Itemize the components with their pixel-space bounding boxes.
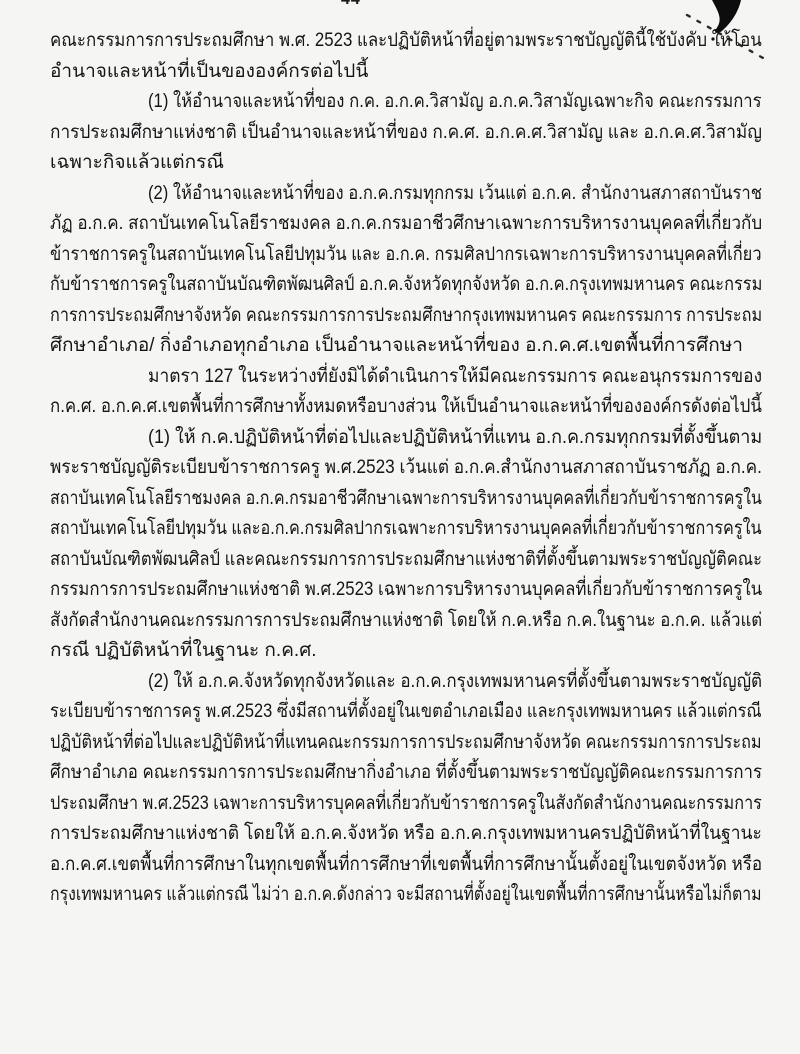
text-line: อำนาจและหน้าที่เป็นขององค์กรต่อไปนี้ [50, 57, 762, 88]
text-line-content: ปฏิบัติหน้าที่ต่อไปและปฏิบัติหน้าที่แทนค… [50, 728, 762, 759]
text-line: ระเบียบข้าราชการครู พ.ศ.2523 ซึ่งมีสถานท… [50, 697, 762, 728]
text-line-content: พระราชบัญญัติระเบียบข้าราชการครู พ.ศ.252… [50, 453, 762, 484]
text-line-content: การการประถมศึกษาจังหวัด คณะกรรมการการประ… [50, 301, 762, 332]
text-line-content: กรรมการการประถมศึกษาแห่งชาติ พ.ศ.2523 เฉ… [50, 575, 762, 606]
text-line-content: ศึกษาอำเภอ คณะกรรมการการประถมศึกษากิ่งอำ… [50, 758, 762, 789]
text-line: (2) ให้ อ.ก.ค.จังหวัดทุกจังหวัดและ อ.ก.ค… [50, 667, 762, 698]
text-line: มาตรา 127 ในระหว่างที่ยังมิได้ดำเนินการใ… [50, 362, 762, 393]
text-line-content: (2) ให้อำนาจและหน้าที่ของ อ.ก.ค.กรมทุกกร… [148, 179, 762, 210]
text-line: การการประถมศึกษาจังหวัด คณะกรรมการการประ… [50, 301, 762, 332]
text-line: พระราชบัญญัติระเบียบข้าราชการครู พ.ศ.252… [50, 453, 762, 484]
text-line-content: สังกัดสำนักงานคณะกรรมการการประถมศึกษาแห่… [50, 606, 762, 637]
text-line-content: สถาบันเทคโนโลยีปทุมวัน และอ.ก.ค.กรมศิลปา… [50, 514, 762, 545]
text-line-content: คณะกรรมการการประถมศึกษา พ.ศ. 2523 และปฏิ… [50, 26, 762, 57]
text-line-content: ระเบียบข้าราชการครู พ.ศ.2523 ซึ่งมีสถานท… [50, 697, 762, 728]
text-line-content: เฉพาะกิจแล้วแต่กรณี [50, 148, 224, 179]
text-line-content: อำนาจและหน้าที่เป็นขององค์กรต่อไปนี้ [50, 57, 368, 88]
text-line: ก.ค.ศ. อ.ก.ค.ศ.เขตพื้นที่การศึกษาทั้งหมด… [50, 392, 762, 423]
text-line: (2) ให้อำนาจและหน้าที่ของ อ.ก.ค.กรมทุกกร… [50, 179, 762, 210]
text-line: สถาบันเทคโนโลยีปทุมวัน และอ.ก.ค.กรมศิลปา… [50, 514, 762, 545]
text-line-content: สถาบันเทคโนโลยีราชมงคล อ.ก.ค.กรมอาชีวศึก… [50, 484, 762, 515]
text-line: ประถมศึกษา พ.ศ.2523 เฉพาะการบริหารบุคคลท… [50, 789, 762, 820]
document-body: คณะกรรมการการประถมศึกษา พ.ศ. 2523 และปฏิ… [50, 26, 762, 911]
text-line-content: มาตรา 127 ในระหว่างที่ยังมิได้ดำเนินการใ… [148, 362, 762, 393]
text-line: (1) ให้อำนาจและหน้าที่ของ ก.ค. อ.ก.ค.วิส… [50, 87, 762, 118]
text-line-content: การประถมศึกษาแห่งชาติ เป็นอำนาจและหน้าที… [50, 118, 762, 149]
text-line-content: ศึกษาอำเภอ/ กิ่งอำเภอทุกอำเภอ เป็นอำนาจแ… [50, 331, 743, 362]
text-line-content: ประถมศึกษา พ.ศ.2523 เฉพาะการบริหารบุคคลท… [50, 789, 762, 820]
text-line: กับข้าราชการครูในสถาบันบัณฑิตพัฒนศิลป์ อ… [50, 270, 762, 301]
text-line: อ.ก.ค.ศ.เขตพื้นที่การศึกษาในทุกเขตพื้นที… [50, 850, 762, 881]
text-line-content: ก.ค.ศ. อ.ก.ค.ศ.เขตพื้นที่การศึกษาทั้งหมด… [50, 392, 762, 423]
text-line: สถาบันเทคโนโลยีราชมงคล อ.ก.ค.กรมอาชีวศึก… [50, 484, 762, 515]
text-line-content: กรุงเทพมหานคร แล้วแต่กรณี ไม่ว่า อ.ก.ค.ด… [50, 880, 762, 911]
scanned-document-page: 44 คณะกรรมการการประถมศึกษา พ.ศ. 2523 และ… [0, 0, 800, 1054]
text-line: ศึกษาอำเภอ คณะกรรมการการประถมศึกษากิ่งอำ… [50, 758, 762, 789]
page-number: 44 [341, 0, 361, 9]
text-line-content: (1) ให้อำนาจและหน้าที่ของ ก.ค. อ.ก.ค.วิส… [148, 87, 762, 118]
text-line-content: กับข้าราชการครูในสถาบันบัณฑิตพัฒนศิลป์ อ… [50, 270, 762, 301]
text-line: สถาบันบัณฑิตพัฒนศิลป์ และคณะกรรมการการปร… [50, 545, 762, 576]
text-line: (1) ให้ ก.ค.ปฏิบัติหน้าที่ต่อไปและปฏิบัต… [50, 423, 762, 454]
text-line-content: การประถมศึกษาแห่งชาติ โดยให้ อ.ก.ค.จังหว… [50, 819, 762, 850]
text-line: ปฏิบัติหน้าที่ต่อไปและปฏิบัติหน้าที่แทนค… [50, 728, 762, 759]
text-line: คณะกรรมการการประถมศึกษา พ.ศ. 2523 และปฏิ… [50, 26, 762, 57]
text-line: เฉพาะกิจแล้วแต่กรณี [50, 148, 762, 179]
text-line-content: ภัฏ อ.ก.ค. สถาบันเทคโนโลยีราชมงคล อ.ก.ค.… [50, 209, 762, 240]
text-line-content: สถาบันบัณฑิตพัฒนศิลป์ และคณะกรรมการการปร… [50, 545, 762, 576]
text-line-content: อ.ก.ค.ศ.เขตพื้นที่การศึกษาในทุกเขตพื้นที… [50, 850, 762, 881]
text-line-content: ข้าราชการครูในสถาบันเทคโนโลยีปทุมวัน และ… [50, 240, 762, 271]
text-line: กรณี ปฏิบัติหน้าที่ในฐานะ ก.ค.ศ. [50, 636, 762, 667]
text-line: กรรมการการประถมศึกษาแห่งชาติ พ.ศ.2523 เฉ… [50, 575, 762, 606]
text-line: กรุงเทพมหานคร แล้วแต่กรณี ไม่ว่า อ.ก.ค.ด… [50, 880, 762, 911]
text-line-content: (2) ให้ อ.ก.ค.จังหวัดทุกจังหวัดและ อ.ก.ค… [148, 667, 762, 698]
text-line: สังกัดสำนักงานคณะกรรมการการประถมศึกษาแห่… [50, 606, 762, 637]
text-line: การประถมศึกษาแห่งชาติ โดยให้ อ.ก.ค.จังหว… [50, 819, 762, 850]
text-line-content: กรณี ปฏิบัติหน้าที่ในฐานะ ก.ค.ศ. [50, 636, 317, 667]
text-line: ศึกษาอำเภอ/ กิ่งอำเภอทุกอำเภอ เป็นอำนาจแ… [50, 331, 762, 362]
text-line: การประถมศึกษาแห่งชาติ เป็นอำนาจและหน้าที… [50, 118, 762, 149]
text-line: ภัฏ อ.ก.ค. สถาบันเทคโนโลยีราชมงคล อ.ก.ค.… [50, 209, 762, 240]
text-line-content: (1) ให้ ก.ค.ปฏิบัติหน้าที่ต่อไปและปฏิบัต… [148, 423, 762, 454]
text-line: ข้าราชการครูในสถาบันเทคโนโลยีปทุมวัน และ… [50, 240, 762, 271]
